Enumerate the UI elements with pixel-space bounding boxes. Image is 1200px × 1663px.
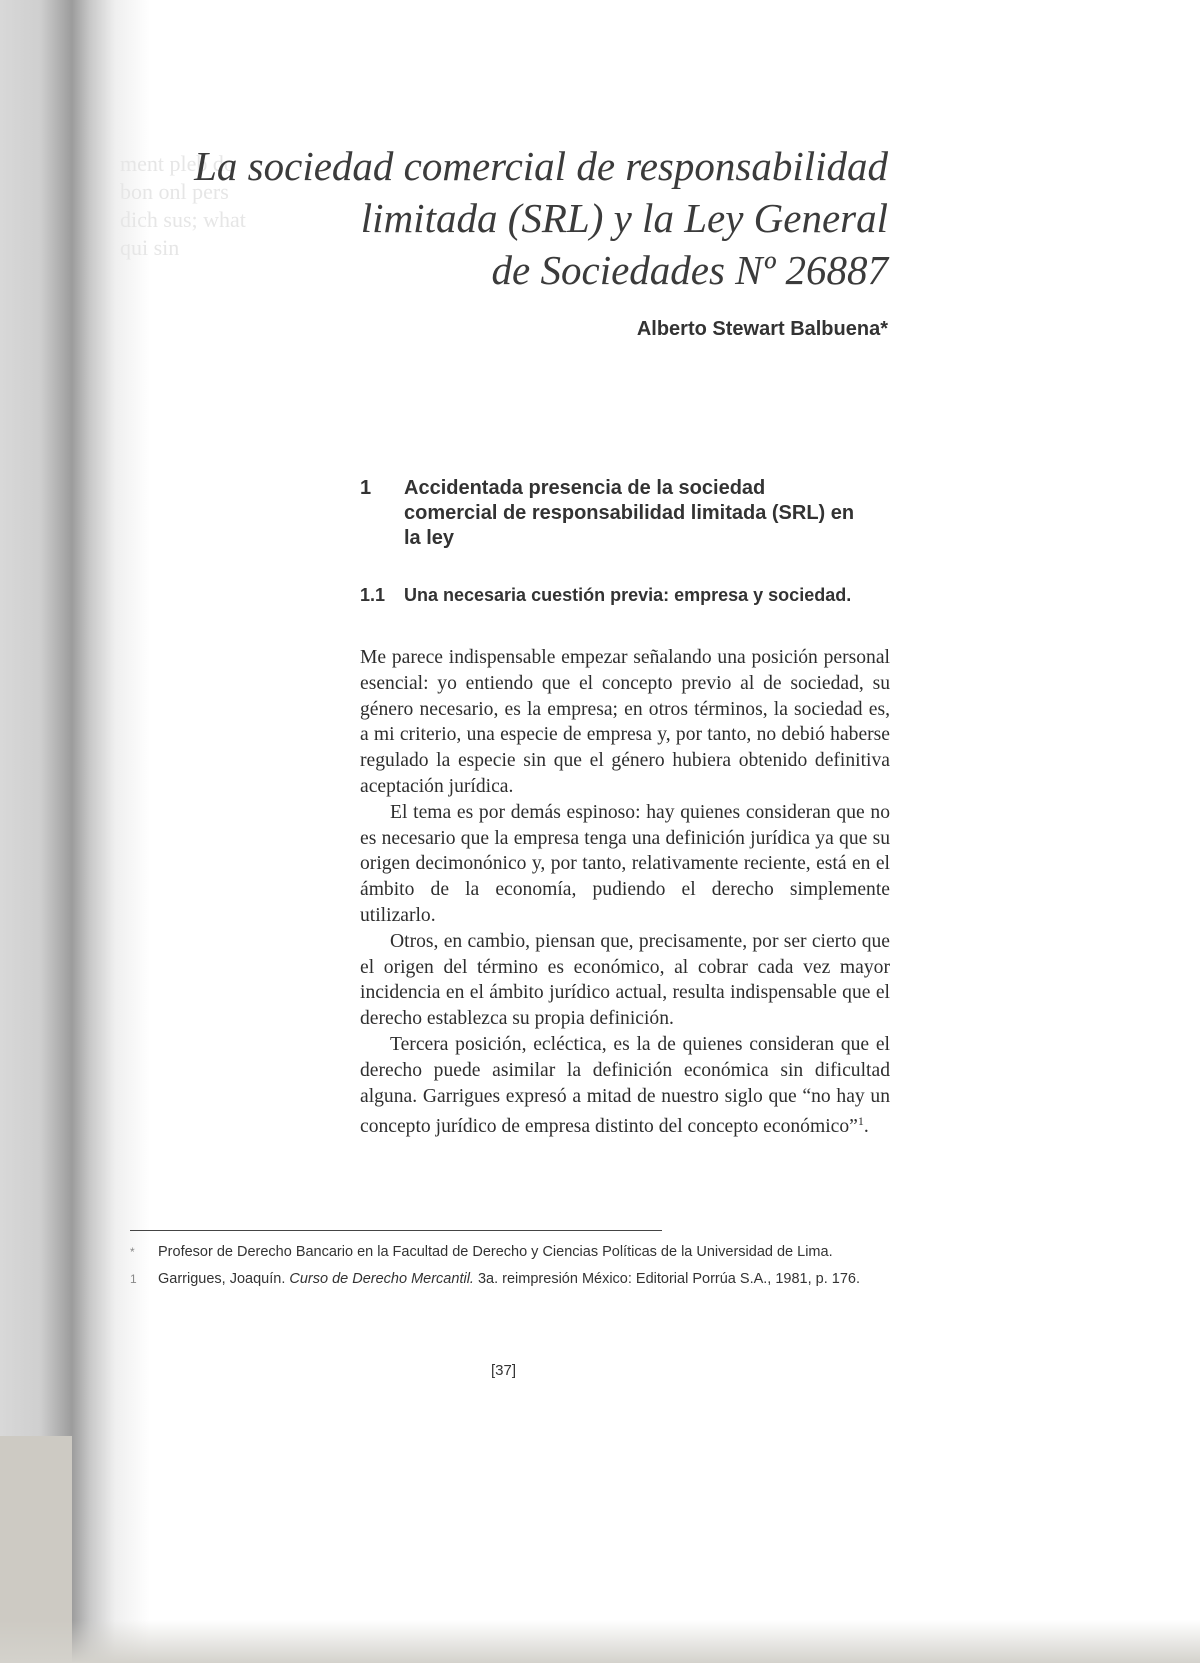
subsection-title: Una necesaria cuestión previa: empresa y… (404, 584, 860, 607)
title-line: de Sociedades Nº 26887 (194, 244, 888, 296)
footnote-text: Garrigues, Joaquín. (158, 1271, 289, 1287)
document-page: La sociedad comercial de responsabilidad… (0, 0, 1200, 1663)
footnote: * Profesor de Derecho Bancario en la Fac… (130, 1243, 890, 1262)
paragraph: El tema es por demás espinoso: hay quien… (360, 800, 890, 929)
paragraph: Me parece indispensable empezar señaland… (360, 645, 890, 800)
footnotes: * Profesor de Derecho Bancario en la Fac… (130, 1243, 890, 1297)
section-number: 1 (360, 476, 371, 501)
author-name: Alberto Stewart Balbuena* (637, 318, 888, 341)
footnote-separator (130, 1230, 662, 1231)
article-title: La sociedad comercial de responsabilidad… (194, 140, 888, 296)
subsection-number: 1.1 (360, 584, 385, 607)
page-number: [37] (491, 1362, 516, 1379)
footnote: 1 Garrigues, Joaquín. Curso de Derecho M… (130, 1270, 890, 1289)
footnote-mark: 1 (130, 1270, 137, 1289)
body-text: Me parece indispensable empezar señaland… (360, 645, 890, 1140)
title-line: La sociedad comercial de responsabilidad (194, 140, 888, 192)
title-line: limitada (SRL) y la Ley General (194, 192, 888, 244)
paragraph-text: Tercera posición, ecléctica, es la de qu… (360, 1034, 890, 1137)
paragraph: Otros, en cambio, piensan que, precisame… (360, 929, 890, 1032)
paragraph: Tercera posición, ecléctica, es la de qu… (360, 1032, 890, 1140)
subsection-heading-1-1: 1.1 Una necesaria cuestión previa: empre… (360, 584, 860, 607)
section-title: Accidentada presencia de la sociedad com… (404, 476, 860, 551)
footnote-text: Profesor de Derecho Bancario en la Facul… (158, 1244, 833, 1260)
footnote-mark: * (130, 1243, 135, 1262)
footnote-text: 3a. reimpresión México: Editorial Porrúa… (474, 1271, 860, 1287)
section-heading-1: 1 Accidentada presencia de la sociedad c… (360, 476, 860, 551)
paragraph-end: . (864, 1116, 869, 1137)
book-title: Curso de Derecho Mercantil. (289, 1271, 474, 1287)
